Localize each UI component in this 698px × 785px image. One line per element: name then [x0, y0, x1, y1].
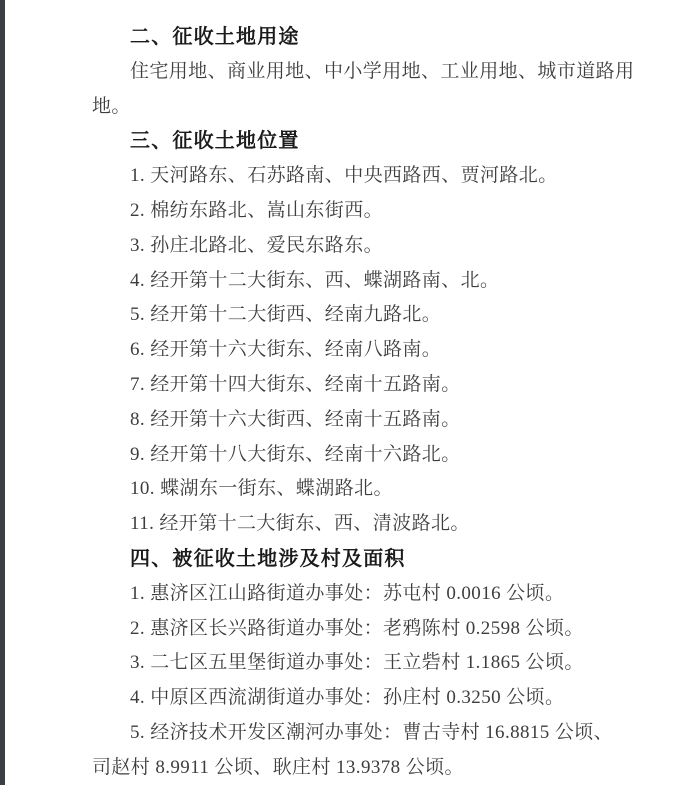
- location-item-8: 8. 经开第十六大街西、经南十五路南。: [92, 403, 652, 438]
- location-item-3: 3. 孙庄北路北、爱民东路东。: [92, 229, 652, 264]
- village-item-5-line-2: 司赵村 8.9911 公顷、耿庄村 13.9378 公顷。: [92, 751, 652, 785]
- location-item-9: 9. 经开第十八大街东、经南十六路北。: [92, 438, 652, 473]
- document-page: 二、征收土地用途 住宅用地、商业用地、中小学用地、工业用地、城市道路用 地。 三…: [0, 0, 698, 785]
- village-item-2: 2. 惠济区长兴路街道办事处：老鸦陈村 0.2598 公顷。: [92, 612, 652, 647]
- section-heading-land-location: 三、征收土地位置: [92, 124, 652, 159]
- section-heading-land-use: 二、征收土地用途: [92, 20, 652, 55]
- land-use-paragraph-line-1: 住宅用地、商业用地、中小学用地、工业用地、城市道路用: [92, 55, 652, 90]
- section-heading-villages-area: 四、被征收土地涉及村及面积: [92, 542, 652, 577]
- village-item-1: 1. 惠济区江山路街道办事处：苏屯村 0.0016 公顷。: [92, 577, 652, 612]
- location-item-5: 5. 经开第十二大街西、经南九路北。: [92, 298, 652, 333]
- location-item-7: 7. 经开第十四大街东、经南十五路南。: [92, 368, 652, 403]
- village-item-5-line-1: 5. 经济技术开发区潮河办事处：曹古寺村 16.8815 公顷、: [92, 716, 652, 751]
- location-item-11: 11. 经开第十二大街东、西、清波路北。: [92, 507, 652, 542]
- location-item-6: 6. 经开第十六大街东、经南八路南。: [92, 333, 652, 368]
- village-item-3: 3. 二七区五里堡街道办事处：王立砦村 1.1865 公顷。: [92, 646, 652, 681]
- page-left-edge: [0, 0, 5, 785]
- location-item-2: 2. 棉纺东路北、嵩山东街西。: [92, 194, 652, 229]
- location-item-4: 4. 经开第十二大街东、西、蝶湖路南、北。: [92, 264, 652, 299]
- location-item-1: 1. 天河路东、石苏路南、中央西路西、贾河路北。: [92, 159, 652, 194]
- location-item-10: 10. 蝶湖东一街东、蝶湖路北。: [92, 472, 652, 507]
- document-body: 二、征收土地用途 住宅用地、商业用地、中小学用地、工业用地、城市道路用 地。 三…: [92, 0, 652, 785]
- land-use-paragraph-line-2: 地。: [92, 90, 652, 125]
- village-item-4: 4. 中原区西流湖街道办事处：孙庄村 0.3250 公顷。: [92, 681, 652, 716]
